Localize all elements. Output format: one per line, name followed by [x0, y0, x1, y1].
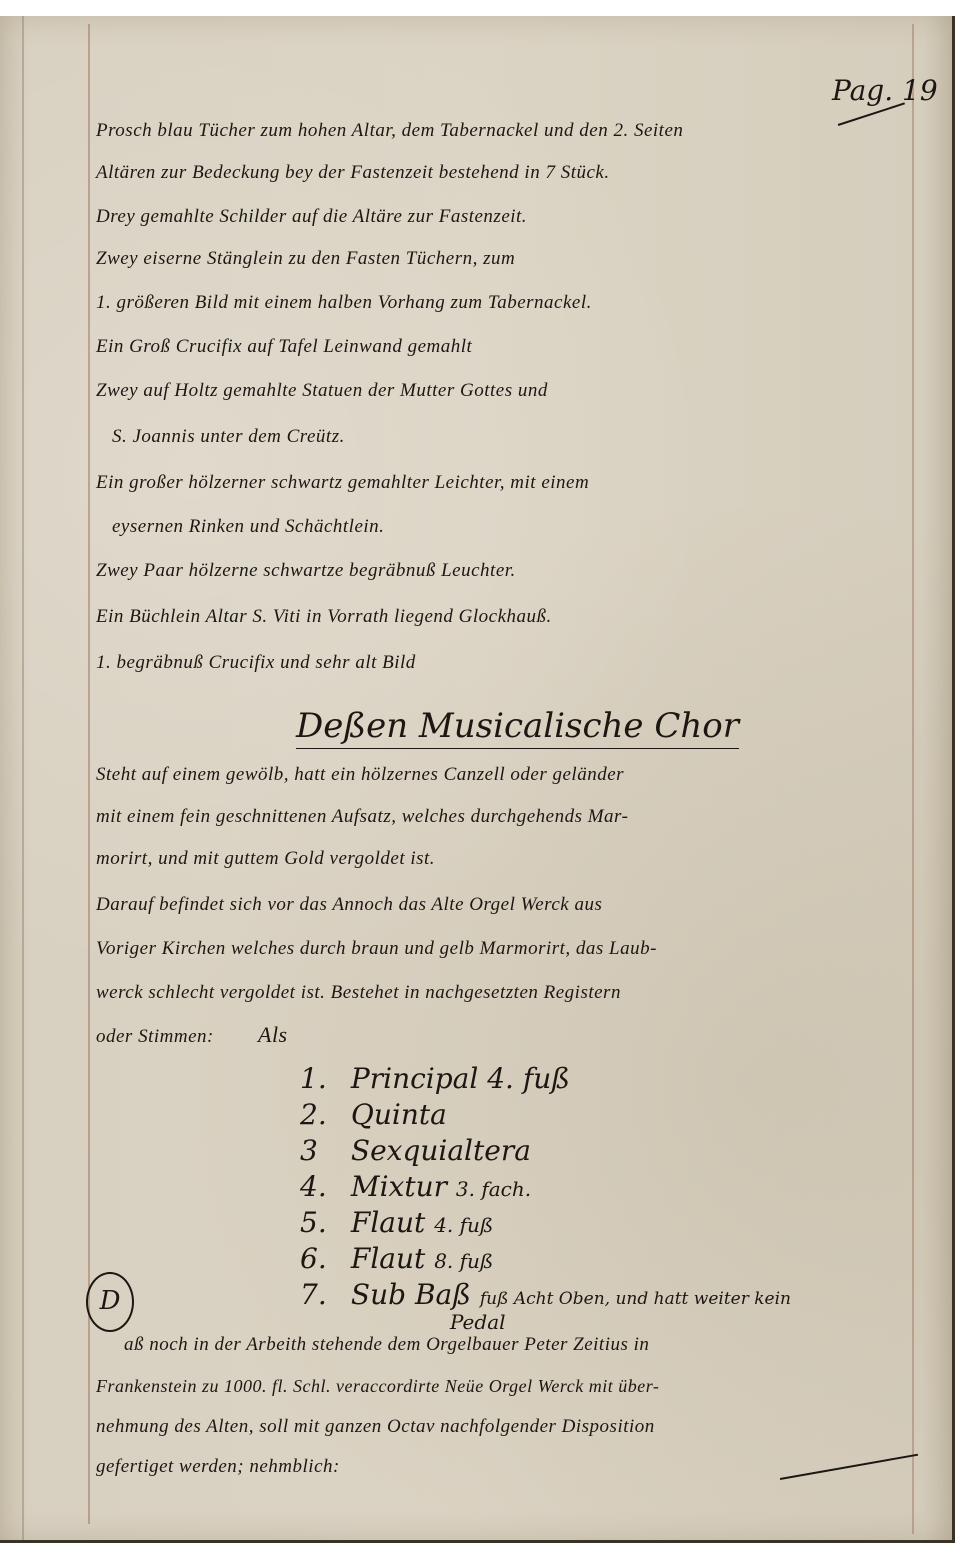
text-line: Zwey Paar hölzerne schwartze begräbnuß L…: [96, 560, 516, 582]
stop-item: 3 Sexquialtera: [300, 1134, 531, 1167]
stop-name: Flaut: [351, 1206, 425, 1239]
stop-size: 4. fuß: [487, 1062, 570, 1095]
text-line: Ein großer hölzerner schwartz gemahlter …: [96, 472, 589, 494]
stop-name: Flaut: [351, 1242, 425, 1275]
stop-name: Quinta: [351, 1098, 447, 1131]
text-line: mit einem fein geschnittenen Aufsatz, we…: [96, 806, 628, 828]
stop-item: 4. Mixtur 3. fach.: [300, 1170, 531, 1203]
text-line: Zwey eiserne Stänglein zu den Fasten Tüc…: [96, 248, 515, 270]
stop-size: 8. fuß: [434, 1249, 493, 1273]
text-line: gefertiget werden; nehmblich:: [96, 1456, 340, 1478]
pedal-note: Pedal: [450, 1310, 506, 1334]
stop-item: 7. Sub Baß fuß Acht Oben, und hatt weite…: [300, 1278, 791, 1311]
text-line: Ein Groß Crucifix auf Tafel Leinwand gem…: [96, 336, 472, 358]
text-line: aß noch in der Arbeith stehende dem Orge…: [124, 1334, 649, 1356]
right-margin-rule: [912, 24, 914, 1534]
text-line: Voriger Kirchen welches durch braun und …: [96, 938, 657, 960]
decorated-initial: D: [86, 1272, 134, 1332]
stop-item: 6. Flaut 8. fuß: [300, 1242, 493, 1275]
manuscript-page: Pag. 19 Prosch blau Tücher zum hohen Alt…: [0, 16, 955, 1543]
text-line: Ein Büchlein Altar S. Viti in Vorrath li…: [96, 606, 552, 628]
text-line: Darauf befindet sich vor das Annoch das …: [96, 894, 602, 916]
text-line: Steht auf einem gewölb, hatt ein hölzern…: [96, 764, 624, 786]
section-heading: Deßen Musicalische Chor: [296, 706, 739, 749]
text-line: 1. begräbnuß Crucifix und sehr alt Bild: [96, 652, 416, 674]
text-line: Altären zur Bedeckung bey der Fastenzeit…: [96, 162, 610, 184]
stop-size: 3. fach.: [456, 1177, 531, 1201]
binding-fold: [22, 16, 24, 1540]
stop-size: 4. fuß: [434, 1213, 493, 1237]
als-label: Als: [258, 1022, 288, 1048]
text-line: Drey gemahlte Schilder auf die Altäre zu…: [96, 206, 527, 228]
text-line: Prosch blau Tücher zum hohen Altar, dem …: [96, 120, 683, 142]
stop-name: Mixtur: [351, 1170, 447, 1203]
stop-size: fuß Acht Oben, und hatt weiter kein: [480, 1289, 791, 1309]
stop-item: 1. Principal 4. fuß: [300, 1062, 570, 1095]
page-number: Pag. 19: [832, 74, 938, 107]
text-line: Zwey auf Holtz gemahlte Statuen der Mutt…: [96, 380, 548, 402]
stop-name: Sub Baß: [351, 1278, 471, 1311]
stop-item: 2. Quinta: [300, 1098, 447, 1131]
stop-name: Sexquialtera: [351, 1134, 531, 1167]
text-line: Frankenstein zu 1000. fl. Schl. veraccor…: [96, 1376, 659, 1397]
text-line: morirt, und mit guttem Gold vergoldet is…: [96, 848, 435, 870]
text-line: oder Stimmen:: [96, 1026, 214, 1048]
text-line: 1. größeren Bild mit einem halben Vorhan…: [96, 292, 592, 314]
text-line: eysernen Rinken und Schächtlein.: [112, 516, 384, 538]
text-line: nehmung des Alten, soll mit ganzen Octav…: [96, 1416, 655, 1438]
text-line: werck schlecht vergoldet ist. Bestehet i…: [96, 982, 621, 1004]
closing-flourish: [780, 1454, 918, 1480]
stop-name: Principal: [351, 1062, 478, 1095]
text-line: S. Joannis unter dem Creütz.: [112, 426, 345, 448]
stop-item: 5. Flaut 4. fuß: [300, 1206, 493, 1239]
